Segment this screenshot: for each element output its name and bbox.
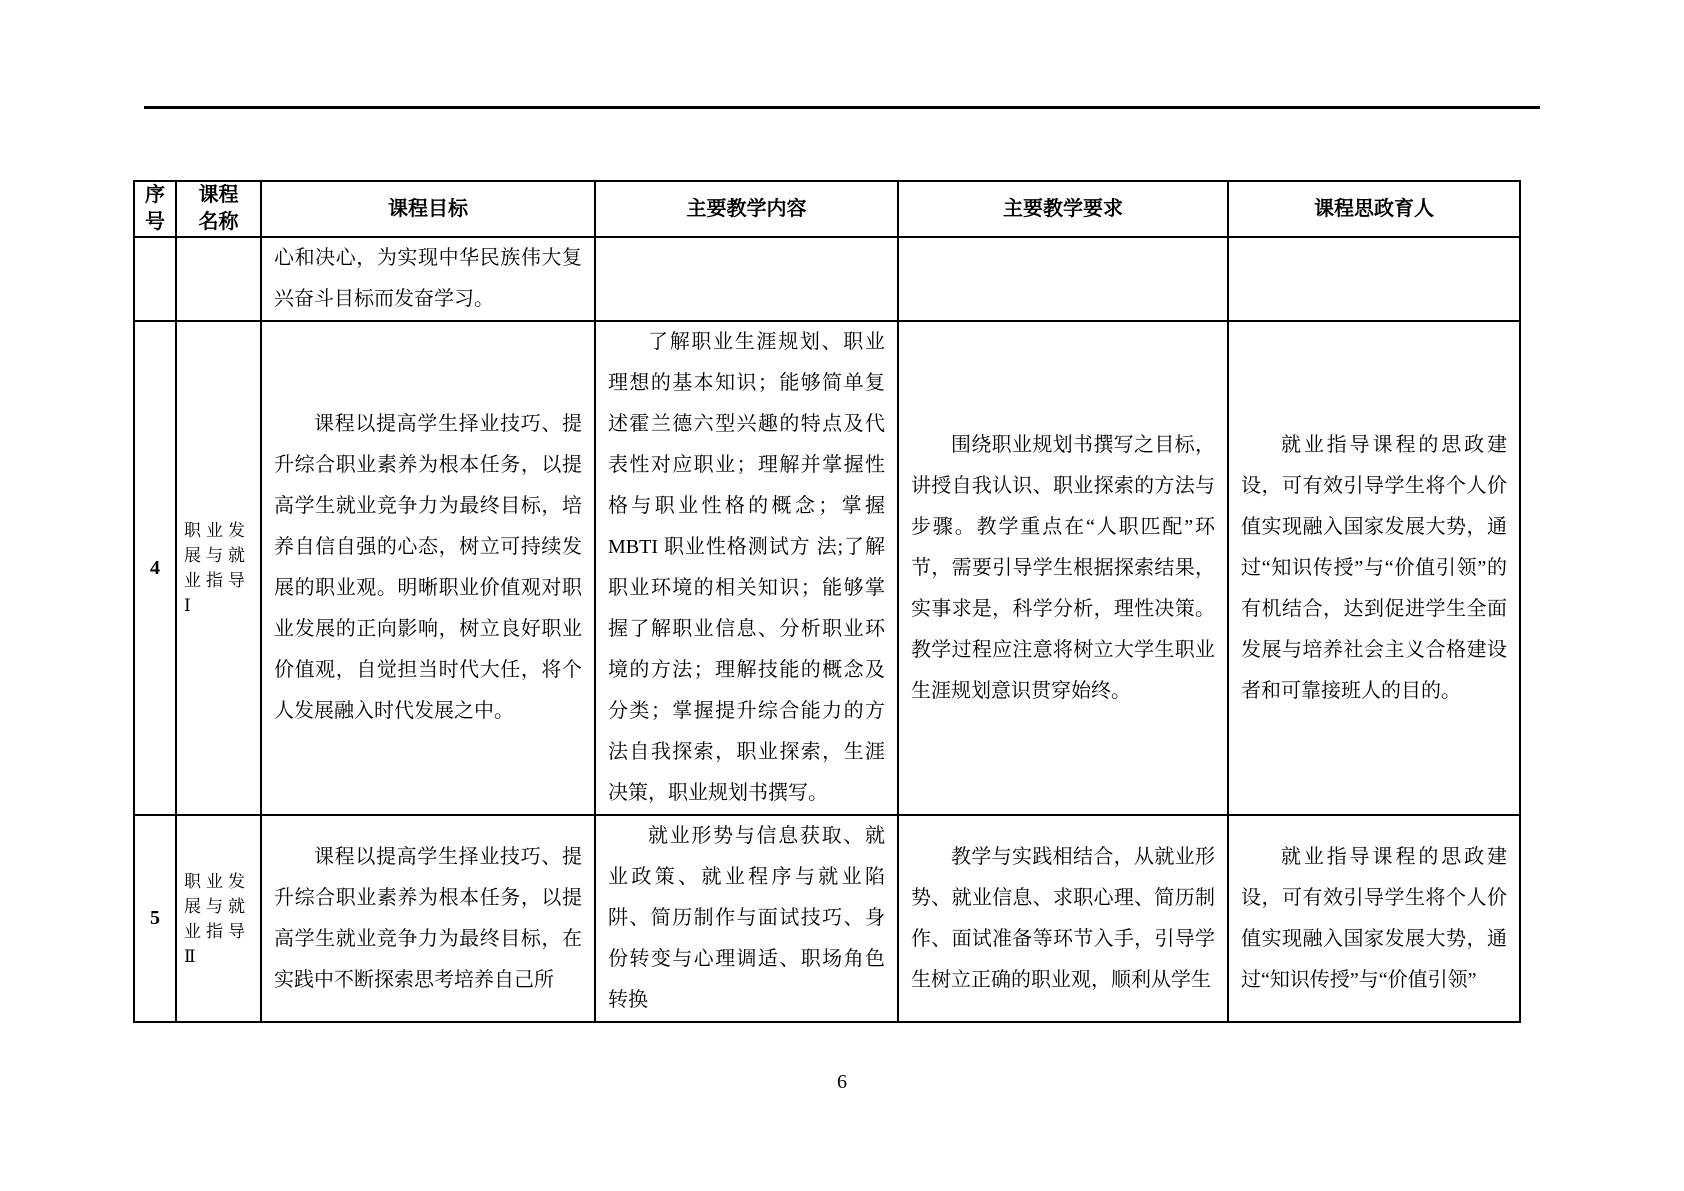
cell-number: 4 [134, 321, 176, 815]
document-page: 序 号 课程 名称 课程目标 主要教学内容 主要教学要求 课程思政育人 心和决心… [0, 0, 1684, 1191]
table-header-row: 序 号 课程 名称 课程目标 主要教学内容 主要教学要求 课程思政育人 [134, 181, 1520, 237]
cell-course-name [176, 237, 261, 321]
course-table: 序 号 课程 名称 课程目标 主要教学内容 主要教学要求 课程思政育人 心和决心… [133, 180, 1521, 1023]
cell-course-name: 职业发展与就业指导Ⅰ [176, 321, 261, 815]
column-header-number: 序 号 [134, 181, 176, 237]
cell-teaching-requirement: 教学与实践相结合，从就业形势、就业信息、求职心理、简历制作、面试准备等环节入手，… [898, 815, 1228, 1022]
cell-number: 5 [134, 815, 176, 1022]
header-rule [144, 106, 1540, 109]
cell-ideology-education: 就业指导课程的思政建设，可有效引导学生将个人价值实现融入国家发展大势，通过“知识… [1228, 815, 1520, 1022]
cell-teaching-content: 了解职业生涯规划、职业理想的基本知识；能够简单复述霍兰德六型兴趣的特点及代表性对… [595, 321, 898, 815]
cell-ideology-education: 就业指导课程的思政建设，可有效引导学生将个人价值实现融入国家发展大势，通过“知识… [1228, 321, 1520, 815]
cell-course-goal: 心和决心，为实现中华民族伟大复兴奋斗目标而发奋学习。 [261, 237, 595, 321]
cell-course-name: 职业发展与就业指导Ⅱ [176, 815, 261, 1022]
page-number: 6 [0, 1070, 1684, 1094]
cell-teaching-content [595, 237, 898, 321]
table-row-4: 4 职业发展与就业指导Ⅰ 课程以提高学生择业技巧、提升综合职业素养为根本任务，以… [134, 321, 1520, 815]
column-header-ideology-education: 课程思政育人 [1228, 181, 1520, 237]
cell-ideology-education [1228, 237, 1520, 321]
cell-teaching-requirement: 围绕职业规划书撰写之目标，讲授自我认识、职业探索的方法与步骤。教学重点在“人职匹… [898, 321, 1228, 815]
cell-teaching-content: 就业形势与信息获取、就业政策、就业程序与就业陷阱、简历制作与面试技巧、身份转变与… [595, 815, 898, 1022]
column-header-course-name: 课程 名称 [176, 181, 261, 237]
column-header-course-goal: 课程目标 [261, 181, 595, 237]
table-row-5: 5 职业发展与就业指导Ⅱ 课程以提高学生择业技巧、提升综合职业素养为根本任务，以… [134, 815, 1520, 1022]
column-header-teaching-requirement: 主要教学要求 [898, 181, 1228, 237]
column-header-teaching-content: 主要教学内容 [595, 181, 898, 237]
cell-course-goal: 课程以提高学生择业技巧、提升综合职业素养为根本任务，以提高学生就业竞争力为最终目… [261, 815, 595, 1022]
table-row-continuation: 心和决心，为实现中华民族伟大复兴奋斗目标而发奋学习。 [134, 237, 1520, 321]
cell-teaching-requirement [898, 237, 1228, 321]
cell-course-goal: 课程以提高学生择业技巧、提升综合职业素养为根本任务，以提高学生就业竞争力为最终目… [261, 321, 595, 815]
cell-number [134, 237, 176, 321]
